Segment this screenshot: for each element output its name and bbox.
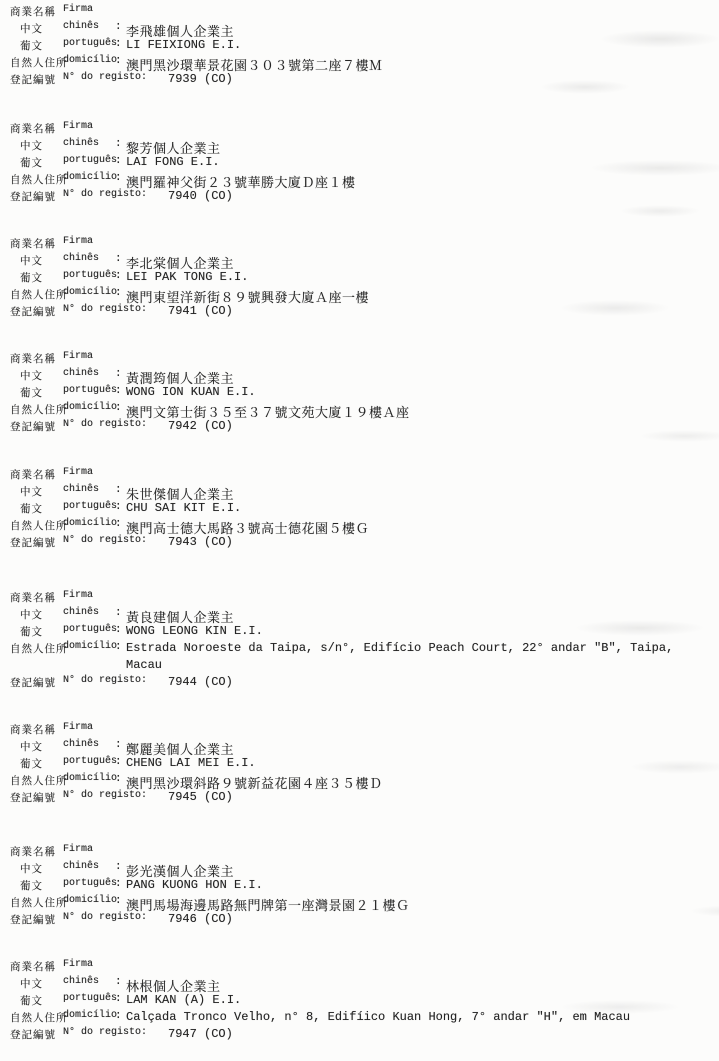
separator-colon: : [115,21,122,33]
registry-label-zh: 登記編號 [10,72,56,87]
domicile-value: Estrada Noroeste da Taipa, s/n°, Edifíci… [126,641,673,655]
domicile-label-pt: domicílio [63,402,117,413]
domicile-label-pt: domicílio [63,773,117,784]
portuguese-name-row: 葡文 português : LAI FONG E.I. [0,155,719,172]
domicile-label-pt: domicílio [63,518,117,529]
domicile-row: 自然人住所 domicílio : 澳門文第士街３５至３７號文苑大廈１９樓Ａ座 [0,402,719,419]
registry-number-row: 登記編號 N° do registo: 7944 (CO) [0,675,719,692]
domicile-value: Calçada Tronco Velho, n° 8, Edifíico Kua… [126,1010,630,1024]
registry-number-value: 7943 [168,535,197,549]
domicile-row: 自然人住所 domicílio : Calçada Tronco Velho, … [0,1010,719,1027]
portuguese-name-value: LEI PAK TONG E.I. [126,270,248,284]
chinese-label-pt: chinês [63,138,99,149]
separator-colon: : [115,976,122,988]
separator-colon: : [115,55,122,67]
firm-label-zh: 商業名稱 [10,844,56,859]
domicile-label-zh: 自然人住所 [10,287,68,302]
firm-label-pt: Firma [63,722,93,733]
portuguese-name-row: 葡文 português : LEI PAK TONG E.I. [0,270,719,287]
separator-colon: : [115,172,122,184]
separator-colon: : [115,773,122,785]
separator-colon: : [115,501,122,513]
registry-entry: 商業名稱 Firma 中文 chinês : 黎芳個人企業主 葡文 portug… [0,121,719,206]
firm-label-pt: Firma [63,4,93,15]
domicile-label-zh: 自然人住所 [10,402,68,417]
registry-note: (CO) [204,189,233,203]
registry-entry: 商業名稱 Firma 中文 chinês : 朱世傑個人企業主 葡文 portu… [0,467,719,552]
registry-entry: 商業名稱 Firma 中文 chinês : 李北棠個人企業主 葡文 portu… [0,236,719,321]
chinese-label-zh: 中文 [20,861,43,876]
registry-label-zh: 登記編號 [10,304,56,319]
domicile-label-pt: domicílio [63,1010,117,1021]
firm-header-row: 商業名稱 Firma [0,959,719,976]
registry-label-zh: 登記編號 [10,912,56,927]
registry-note: (CO) [204,419,233,433]
domicile-row: 自然人住所 domicílio : 澳門黑沙環斜路９號新益花園４座３５樓Ｄ [0,773,719,790]
portuguese-name-row: 葡文 português : CHU SAI KIT E.I. [0,501,719,518]
portuguese-label-zh: 葡文 [20,270,43,285]
registry-number-row: 登記編號 N° do registo: 7947 (CO) [0,1027,719,1044]
registry-label-zh: 登記編號 [10,189,56,204]
registry-entry: 商業名稱 Firma 中文 chinês : 彭光漢個人企業主 葡文 portu… [0,844,719,929]
domicile-row: 自然人住所 domicílio : Estrada Noroeste da Ta… [0,641,719,658]
chinese-label-pt: chinês [63,484,99,495]
firm-header-row: 商業名稱 Firma [0,722,719,739]
separator-colon: : [115,484,122,496]
separator-colon: : [115,155,122,167]
registry-label-zh: 登記編號 [10,675,56,690]
separator-colon: : [115,38,122,50]
portuguese-label-pt: português [63,385,117,396]
portuguese-name-row: 葡文 português : CHENG LAI MEI E.I. [0,756,719,773]
registry-entry: 商業名稱 Firma 中文 chinês : 鄭麗美個人企業主 葡文 portu… [0,722,719,807]
portuguese-label-zh: 葡文 [20,38,43,53]
portuguese-name-row: 葡文 português : LAM KAN (A) E.I. [0,993,719,1010]
firm-header-row: 商業名稱 Firma [0,844,719,861]
registry-number-value: 7945 [168,790,197,804]
registry-label-zh: 登記編號 [10,535,56,550]
registry-number-row: 登記編號 N° do registo: 7945 (CO) [0,790,719,807]
separator-colon: : [115,402,122,414]
firm-label-pt: Firma [63,121,93,132]
chinese-name-row: 中文 chinês : 黃良建個人企業主 [0,607,719,624]
separator-colon: : [115,138,122,150]
registry-note: (CO) [204,72,233,86]
domicile-row: 自然人住所 domicílio : 澳門馬場海邊馬路無門牌第一座灣景園２１樓Ｇ [0,895,719,912]
registry-label-pt: N° do registo: [63,419,147,430]
firm-label-zh: 商業名稱 [10,467,56,482]
registry-number-value: 7947 [168,1027,197,1041]
registry-number-value: 7946 [168,912,197,926]
firm-header-row: 商業名稱 Firma [0,4,719,21]
registry-label-pt: N° do registo: [63,304,147,315]
domicile-label-zh: 自然人住所 [10,172,68,187]
scanned-registry-page: { "document": { "labels": { "firm_zh": "… [0,0,719,1061]
chinese-name-row: 中文 chinês : 李北棠個人企業主 [0,253,719,270]
domicile-label-zh: 自然人住所 [10,895,68,910]
domicile-row: 自然人住所 domicílio : 澳門高士德大馬路３號高士德花園５樓Ｇ [0,518,719,535]
chinese-label-zh: 中文 [20,138,43,153]
domicile-label-pt: domicílio [63,895,117,906]
registry-number-value: 7944 [168,675,197,689]
registry-entry: 商業名稱 Firma 中文 chinês : 李飛雄個人企業主 葡文 portu… [0,4,719,89]
firm-header-row: 商業名稱 Firma [0,236,719,253]
registry-entry: 商業名稱 Firma 中文 chinês : 黃良建個人企業主 葡文 portu… [0,590,719,692]
chinese-label-pt: chinês [63,368,99,379]
domicile-row: 自然人住所 domicílio : 澳門黑沙環華景花園３０３號第二座７樓Ｍ [0,55,719,72]
separator-colon: : [115,861,122,873]
chinese-label-pt: chinês [63,739,99,750]
separator-colon: : [115,607,122,619]
firm-label-pt: Firma [63,351,93,362]
portuguese-name-row: 葡文 português : PANG KUONG HON E.I. [0,878,719,895]
portuguese-label-pt: português [63,270,117,281]
domicile-continuation-row: Macau [0,658,719,675]
chinese-name-row: 中文 chinês : 彭光漢個人企業主 [0,861,719,878]
firm-label-pt: Firma [63,844,93,855]
firm-header-row: 商業名稱 Firma [0,121,719,138]
registry-label-zh: 登記編號 [10,1027,56,1042]
registry-note: (CO) [204,535,233,549]
chinese-label-zh: 中文 [20,484,43,499]
separator-colon: : [115,641,122,653]
separator-colon: : [115,878,122,890]
registry-number-row: 登記編號 N° do registo: 7942 (CO) [0,419,719,436]
registry-number-value: 7939 [168,72,197,86]
firm-label-zh: 商業名稱 [10,722,56,737]
registry-note: (CO) [204,675,233,689]
firm-label-pt: Firma [63,236,93,247]
registry-note: (CO) [204,1027,233,1041]
registry-number-row: 登記編號 N° do registo: 7946 (CO) [0,912,719,929]
firm-header-row: 商業名稱 Firma [0,590,719,607]
domicile-label-zh: 自然人住所 [10,55,68,70]
portuguese-label-zh: 葡文 [20,756,43,771]
separator-colon: : [115,1010,122,1022]
portuguese-label-zh: 葡文 [20,624,43,639]
chinese-label-pt: chinês [63,861,99,872]
registry-label-zh: 登記編號 [10,790,56,805]
chinese-label-pt: chinês [63,607,99,618]
chinese-label-pt: chinês [63,21,99,32]
domicile-label-zh: 自然人住所 [10,641,68,656]
portuguese-name-value: WONG LEONG KIN E.I. [126,624,263,638]
domicile-label-zh: 自然人住所 [10,518,68,533]
firm-header-row: 商業名稱 Firma [0,467,719,484]
chinese-label-zh: 中文 [20,976,43,991]
chinese-label-zh: 中文 [20,607,43,622]
firm-label-pt: Firma [63,467,93,478]
chinese-label-pt: chinês [63,253,99,264]
registry-number-row: 登記編號 N° do registo: 7939 (CO) [0,72,719,89]
chinese-name-row: 中文 chinês : 黃潤筠個人企業主 [0,368,719,385]
firm-label-zh: 商業名稱 [10,351,56,366]
chinese-label-zh: 中文 [20,253,43,268]
portuguese-label-pt: português [63,993,117,1004]
firm-label-zh: 商業名稱 [10,4,56,19]
firm-label-zh: 商業名稱 [10,121,56,136]
firm-label-pt: Firma [63,590,93,601]
registry-label-pt: N° do registo: [63,912,147,923]
chinese-label-zh: 中文 [20,368,43,383]
registry-note: (CO) [204,790,233,804]
chinese-label-pt: chinês [63,976,99,987]
registry-note: (CO) [204,304,233,318]
portuguese-name-value: CHU SAI KIT E.I. [126,501,241,515]
registry-label-pt: N° do registo: [63,1027,147,1038]
portuguese-label-pt: português [63,756,117,767]
domicile-row: 自然人住所 domicílio : 澳門東望洋新街８９號興發大廈Ａ座一樓 [0,287,719,304]
portuguese-label-pt: português [63,624,117,635]
chinese-label-zh: 中文 [20,739,43,754]
portuguese-name-value: LI FEIXIONG E.I. [126,38,241,52]
portuguese-name-value: LAM KAN (A) E.I. [126,993,241,1007]
separator-colon: : [115,253,122,265]
domicile-label-zh: 自然人住所 [10,1010,68,1025]
portuguese-label-pt: português [63,501,117,512]
portuguese-label-pt: português [63,155,117,166]
portuguese-name-row: 葡文 português : WONG ION KUAN E.I. [0,385,719,402]
domicile-label-zh: 自然人住所 [10,773,68,788]
registry-number-row: 登記編號 N° do registo: 7940 (CO) [0,189,719,206]
chinese-label-zh: 中文 [20,21,43,36]
portuguese-label-pt: português [63,38,117,49]
separator-colon: : [115,368,122,380]
separator-colon: : [115,518,122,530]
portuguese-name-value: PANG KUONG HON E.I. [126,878,263,892]
registry-label-zh: 登記編號 [10,419,56,434]
portuguese-label-zh: 葡文 [20,385,43,400]
separator-colon: : [115,895,122,907]
domicile-label-pt: domicílio [63,287,117,298]
separator-colon: : [115,270,122,282]
portuguese-name-row: 葡文 português : WONG LEONG KIN E.I. [0,624,719,641]
registry-number-value: 7942 [168,419,197,433]
domicile-label-pt: domicílio [63,172,117,183]
portuguese-name-value: WONG ION KUAN E.I. [126,385,256,399]
portuguese-name-value: CHENG LAI MEI E.I. [126,756,256,770]
separator-colon: : [115,287,122,299]
registry-number-value: 7941 [168,304,197,318]
domicile-label-pt: domicílio [63,55,117,66]
portuguese-label-pt: português [63,878,117,889]
firm-label-zh: 商業名稱 [10,590,56,605]
portuguese-name-value: LAI FONG E.I. [126,155,220,169]
registry-entry: 商業名稱 Firma 中文 chinês : 黃潤筠個人企業主 葡文 portu… [0,351,719,436]
chinese-name-row: 中文 chinês : 朱世傑個人企業主 [0,484,719,501]
registry-label-pt: N° do registo: [63,535,147,546]
registry-number-row: 登記編號 N° do registo: 7943 (CO) [0,535,719,552]
separator-colon: : [115,385,122,397]
firm-label-zh: 商業名稱 [10,236,56,251]
registry-number-row: 登記編號 N° do registo: 7941 (CO) [0,304,719,321]
registry-label-pt: N° do registo: [63,675,147,686]
registry-label-pt: N° do registo: [63,189,147,200]
separator-colon: : [115,756,122,768]
separator-colon: : [115,739,122,751]
chinese-name-row: 中文 chinês : 鄭麗美個人企業主 [0,739,719,756]
portuguese-label-zh: 葡文 [20,501,43,516]
separator-colon: : [115,993,122,1005]
registry-entry: 商業名稱 Firma 中文 chinês : 林根個人企業主 葡文 portug… [0,959,719,1044]
registry-number-value: 7940 [168,189,197,203]
chinese-name-row: 中文 chinês : 林根個人企業主 [0,976,719,993]
firm-label-zh: 商業名稱 [10,959,56,974]
portuguese-label-zh: 葡文 [20,993,43,1008]
registry-label-pt: N° do registo: [63,790,147,801]
firm-label-pt: Firma [63,959,93,970]
firm-header-row: 商業名稱 Firma [0,351,719,368]
portuguese-label-zh: 葡文 [20,878,43,893]
domicile-row: 自然人住所 domicílio : 澳門羅神父街２３號華勝大廈Ｄ座１樓 [0,172,719,189]
domicile-label-pt: domicílio [63,641,117,652]
separator-colon: : [115,624,122,636]
chinese-name-row: 中文 chinês : 李飛雄個人企業主 [0,21,719,38]
registry-note: (CO) [204,912,233,926]
portuguese-label-zh: 葡文 [20,155,43,170]
registry-label-pt: N° do registo: [63,72,147,83]
portuguese-name-row: 葡文 português : LI FEIXIONG E.I. [0,38,719,55]
chinese-name-row: 中文 chinês : 黎芳個人企業主 [0,138,719,155]
domicile-value-line2: Macau [126,658,162,672]
